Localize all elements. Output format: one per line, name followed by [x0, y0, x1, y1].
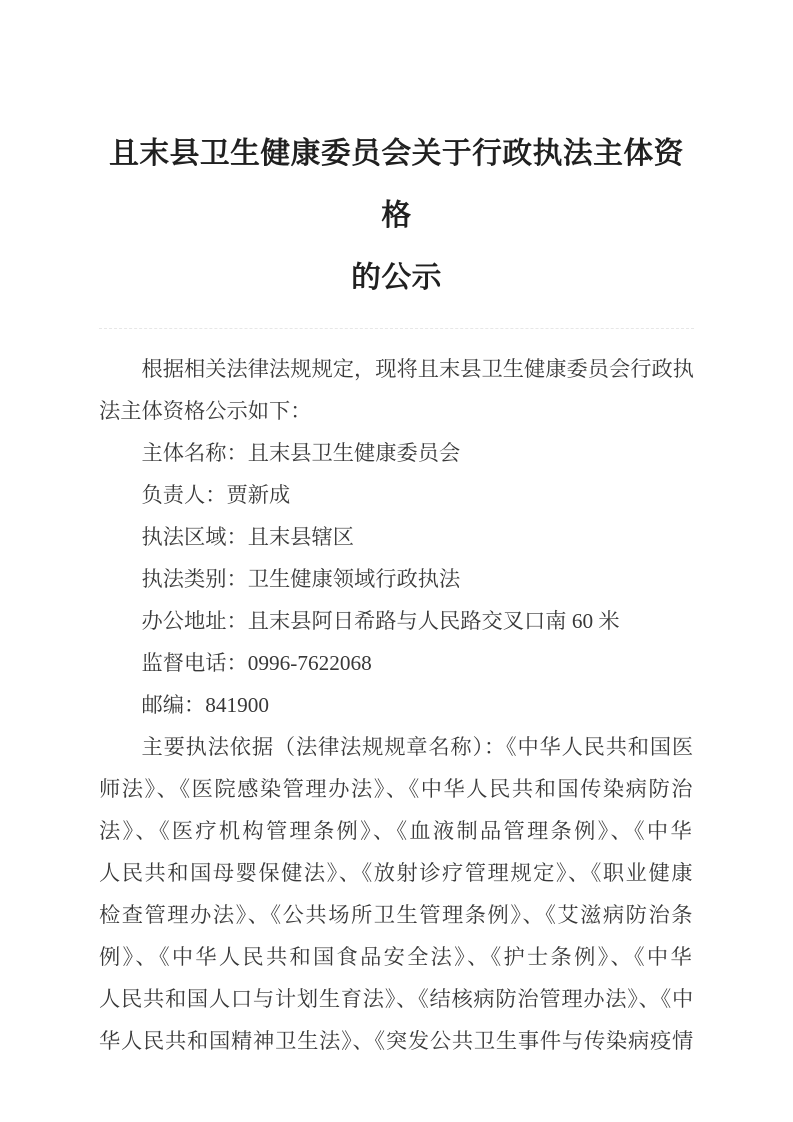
paragraph-line: 法》、《医疗机构管理条例》、《血液制品管理条例》、《中华 [99, 810, 694, 852]
paragraph-line: 邮编：841900 [99, 684, 694, 726]
paragraph: 根据相关法律法规规定，现将且末县卫生健康委员会行政执法主体资格公示如下： [99, 348, 694, 432]
paragraph-line: 根据相关法律法规规定，现将且末县卫生健康委员会行政执 [99, 348, 694, 390]
document-page: 且末县卫生健康委员会关于行政执法主体资格 的公示 根据相关法律法规规定，现将且末… [0, 0, 793, 1122]
document-title-line-2: 的公示 [99, 247, 694, 309]
paragraph-line: 法主体资格公示如下： [99, 390, 694, 432]
paragraph-line: 监督电话：0996-7622068 [99, 642, 694, 684]
paragraph-line: 例》、《中华人民共和国食品安全法》、《护士条例》、《中华 [99, 936, 694, 978]
paragraph-line: 检查管理办法》、《公共场所卫生管理条例》、《艾滋病防治条 [99, 894, 694, 936]
paragraph: 主体名称：且末县卫生健康委员会 [99, 432, 694, 474]
paragraph: 邮编：841900 [99, 684, 694, 726]
paragraph: 执法类别：卫生健康领域行政执法 [99, 558, 694, 600]
document-title: 且末县卫生健康委员会关于行政执法主体资格 的公示 [99, 0, 694, 309]
paragraph-line: 执法区域：且末县辖区 [99, 516, 694, 558]
paragraph-line: 人民共和国母婴保健法》、《放射诊疗管理规定》、《职业健康 [99, 852, 694, 894]
title-divider [99, 328, 694, 329]
paragraph: 主要执法依据（法律法规规章名称）：《中华人民共和国医师法》、《医院感染管理办法》… [99, 726, 694, 1062]
document-title-line-1: 且末县卫生健康委员会关于行政执法主体资格 [99, 123, 694, 247]
paragraph: 负责人：贾新成 [99, 474, 694, 516]
paragraph-line: 师法》、《医院感染管理办法》、《中华人民共和国传染病防治 [99, 768, 694, 810]
paragraph: 办公地址：且末县阿日希路与人民路交叉口南 60 米 [99, 600, 694, 642]
paragraph-line: 办公地址：且末县阿日希路与人民路交叉口南 60 米 [99, 600, 694, 642]
paragraph: 执法区域：且末县辖区 [99, 516, 694, 558]
paragraph: 监督电话：0996-7622068 [99, 642, 694, 684]
paragraph-line: 主要执法依据（法律法规规章名称）：《中华人民共和国医 [99, 726, 694, 768]
paragraph-line: 负责人：贾新成 [99, 474, 694, 516]
paragraph-line: 人民共和国人口与计划生育法》、《结核病防治管理办法》、《中 [99, 978, 694, 1020]
paragraph-line: 执法类别：卫生健康领域行政执法 [99, 558, 694, 600]
document-content: 且末县卫生健康委员会关于行政执法主体资格 的公示 根据相关法律法规规定，现将且末… [99, 0, 694, 1062]
paragraph-line: 华人民共和国精神卫生法》、《突发公共卫生事件与传染病疫情 [99, 1020, 694, 1062]
paragraph-line: 主体名称：且末县卫生健康委员会 [99, 432, 694, 474]
document-body: 根据相关法律法规规定，现将且末县卫生健康委员会行政执法主体资格公示如下：主体名称… [99, 348, 694, 1062]
